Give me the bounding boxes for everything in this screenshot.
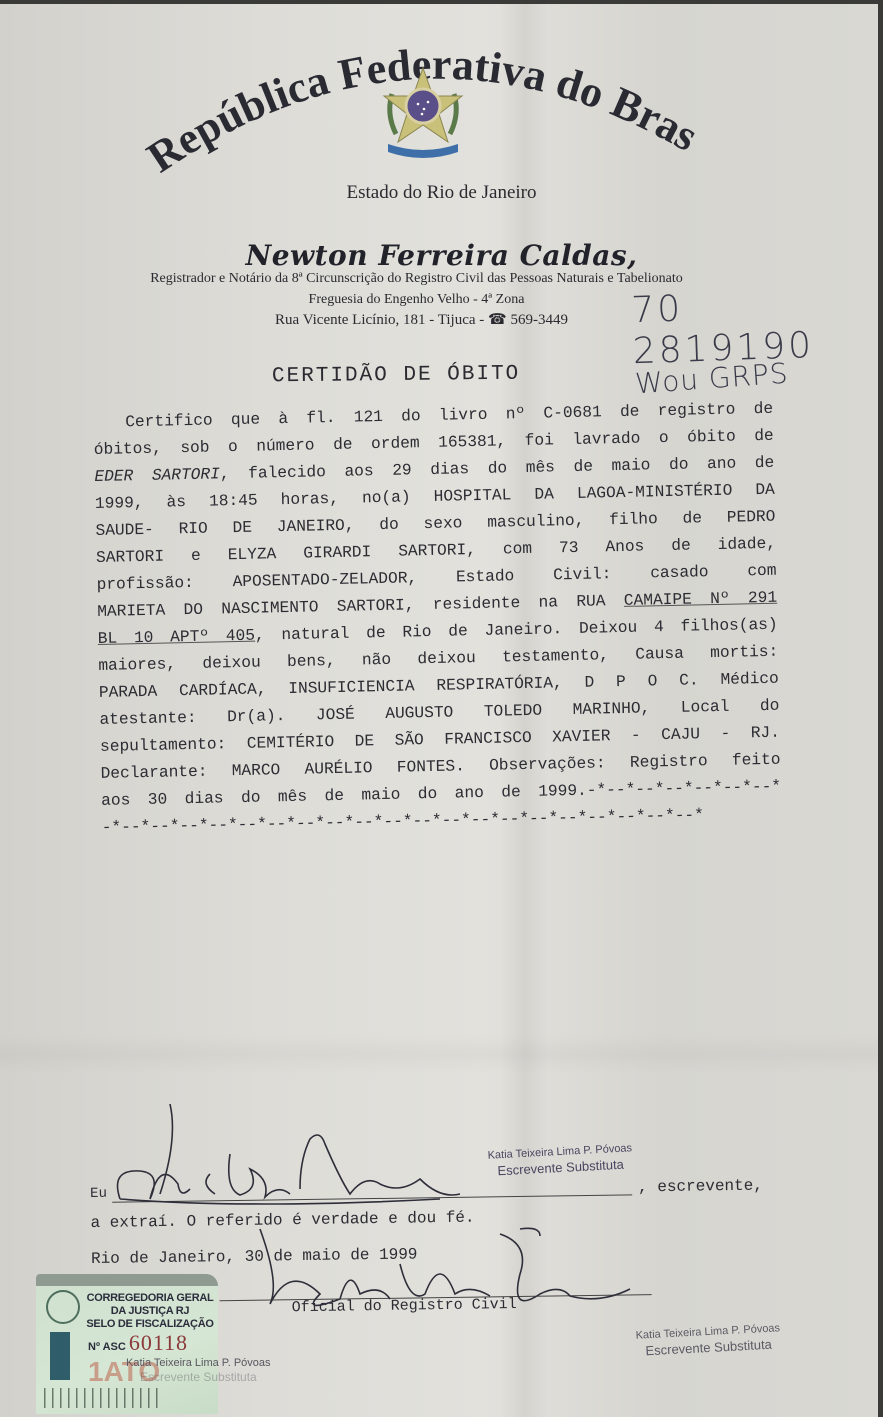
seal-emblem-icon (46, 1290, 80, 1324)
scribe-line: Eu , escrevente, (90, 1174, 790, 1210)
state-heading: Estado do Rio de Janeiro (0, 182, 883, 204)
address-underlined: CAMAIPE Nº 291 (624, 589, 778, 610)
seal-barcode (44, 1388, 164, 1408)
paper-fold (0, 1034, 878, 1074)
place-date: Rio de Janeiro, 30 de maio de 1999 (91, 1240, 791, 1268)
notary-name: Newton Ferreira Caldas, (0, 239, 883, 272)
certificate-body: Certifico que à fl. 121 do livro nº C-06… (93, 396, 782, 842)
address-underlined: BL 10 APTº 405 (98, 627, 256, 648)
death-certificate-page: República Federativa do Brasil Estado do… (0, 4, 878, 1417)
deceased-name: EDER SARTORI (94, 465, 220, 486)
scribe-stamp: Katia Teixeira Lima P. Póvoas Escrevente… (487, 1140, 633, 1180)
fiscal-seal: CORREGEDORIA GERAL DA JUSTIÇA RJ SELO DE… (36, 1274, 218, 1414)
address-text: Rua Vicente Licínio, 181 - Tijuca - (275, 312, 484, 328)
phone-number: 569-3449 (510, 312, 568, 328)
seal-number: Nº ASC60118 (88, 1330, 188, 1356)
seal-overstamp: Katia Teixeira Lima P. Póvoas Escrevente… (126, 1356, 271, 1384)
coat-of-arms-icon (378, 64, 468, 164)
oficial-label: Oficial do Registro Civil (292, 1296, 517, 1316)
signature-rule (112, 1194, 632, 1202)
telephone-icon: ☎ (488, 312, 507, 328)
scribe-stamp-bottom: Katia Teixeira Lima P. Póvoas Escrevente… (635, 1320, 781, 1360)
document-title: CERTIDÃO DE ÓBITO (272, 363, 520, 389)
signature-block: Eu , escrevente, a extraí. O referido é … (90, 1174, 791, 1268)
notary-role: Registrador e Notário da 8ª Circunscriçã… (0, 271, 858, 287)
